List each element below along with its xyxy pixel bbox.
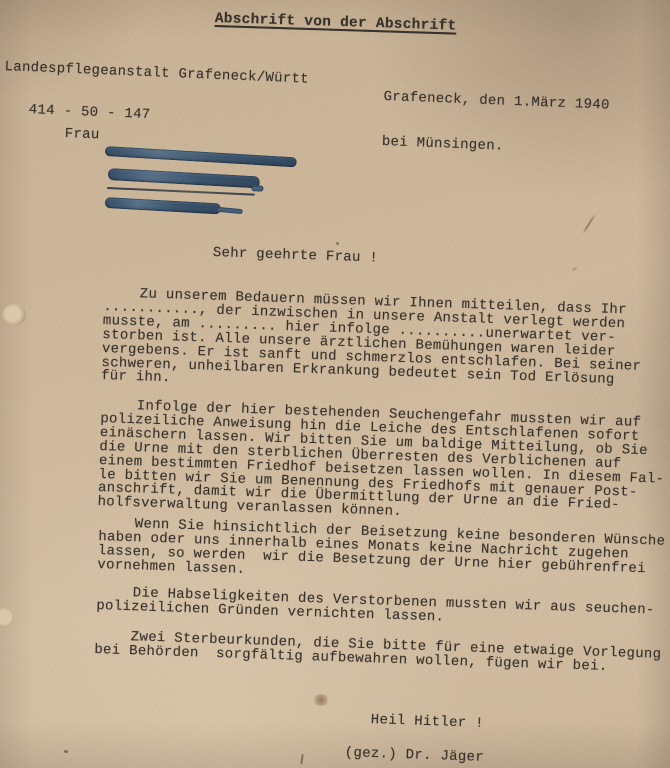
crease-mark [582, 213, 596, 234]
redaction-bar-street [108, 168, 260, 188]
signature: (gez.) Dr. Jäger [345, 747, 485, 766]
reference-number: 414 - 50 - 147 [3, 102, 308, 129]
paper-speck [300, 754, 303, 764]
recipient-title: Frau [64, 128, 99, 143]
dateline-locality: bei Münsingen. [382, 135, 609, 159]
letter-photo: Abschrift von der Abschrift Landespflege… [0, 0, 670, 768]
copy-heading: Abschrift von der Abschrift [215, 13, 457, 34]
paper-stain [313, 694, 329, 706]
paper-speck [336, 242, 339, 245]
dateline-block: Grafeneck, den 1.März 1940 bei Münsingen… [380, 60, 611, 189]
paper-hole-spot [0, 608, 14, 628]
closing-salute: Heil Hitler ! [371, 714, 485, 732]
paper-speck [572, 267, 577, 271]
paragraph-4: Die Habseligkeiten des Verstorbenen muss… [96, 586, 655, 632]
paragraph-3: Wenn Sie hinsichtlich der Beisetzung kei… [97, 517, 665, 591]
paragraph-2: Infolge der hier bestehenden Seuchengefa… [97, 399, 666, 529]
salutation: Sehr geehrte Frau ! [213, 247, 379, 266]
redaction-underline [107, 187, 255, 196]
dateline-place-date: Grafeneck, den 1.März 1940 [383, 90, 610, 114]
redaction-bar-town [105, 197, 221, 214]
paragraph-1: Zu unserem Bedauern müssen wir Ihnen mit… [101, 287, 643, 402]
sender-institution: Landespflegeanstalt Grafeneck/Württ [4, 61, 309, 88]
sender-block: Landespflegeanstalt Grafeneck/Württ 414 … [1, 33, 310, 157]
paper-speck [64, 749, 69, 753]
paper-hole-spot [2, 304, 26, 326]
paragraph-5: Zwei Sterbeurkunden, die Sie bitte für e… [94, 630, 661, 677]
